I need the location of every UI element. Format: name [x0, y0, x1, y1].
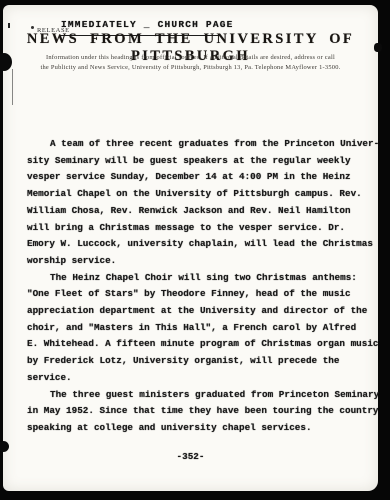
masthead-info-line1: Information under this heading is from o…	[3, 53, 378, 63]
body-line: will bring a Christmas message to the ve…	[27, 220, 371, 237]
body-line: A team of three recent graduates from th…	[27, 136, 371, 153]
body-line: The three guest ministers graduated from…	[27, 387, 371, 404]
body-line: appreciation department at the Universit…	[27, 303, 371, 320]
scan-background: { "page": { "release": { "label": "RELEA…	[0, 0, 390, 500]
body-line: service.	[27, 370, 371, 387]
masthead-info: Information under this heading is from o…	[3, 53, 378, 72]
body-line: worship service.	[27, 253, 371, 270]
body-line: vesper service Sunday, December 14 at 4:…	[27, 169, 371, 186]
body-line: in May 1952. Since that time they have b…	[27, 403, 371, 420]
body-line: Emory W. Luccock, university chaplain, w…	[27, 236, 371, 253]
body-line: speaking at college and university chape…	[27, 420, 371, 437]
body-line: E. Whitehead. A fifteen minute program o…	[27, 336, 371, 353]
scan-artifact-speck	[8, 23, 10, 28]
body-text: A team of three recent graduates from th…	[27, 136, 371, 437]
body-line: The Heinz Chapel Choir will sing two Chr…	[27, 270, 371, 287]
body-line: sity Seminary will be guest speakers at …	[27, 153, 371, 170]
body-line: choir, and "Masters in This Hall", a Fre…	[27, 320, 371, 337]
body-line: William Chosa, Rev. Renwick Jackson and …	[27, 203, 371, 220]
page-number: -352-	[3, 451, 378, 462]
scanned-page: RELEASE IMMEDIATELY _ CHURCH PAGE NEWS F…	[3, 5, 378, 491]
scan-artifact-scratch	[12, 69, 13, 105]
release-typed-text: IMMEDIATELY _ CHURCH PAGE	[61, 19, 234, 30]
masthead-info-line2: the Publicity and News Service, Universi…	[3, 63, 378, 73]
body-line: "One Fleet of Stars" by Theodore Finney,…	[27, 286, 371, 303]
body-line: by Frederick Lotz, University organist, …	[27, 353, 371, 370]
body-line: Memorial Chapel on the University of Pit…	[27, 186, 371, 203]
